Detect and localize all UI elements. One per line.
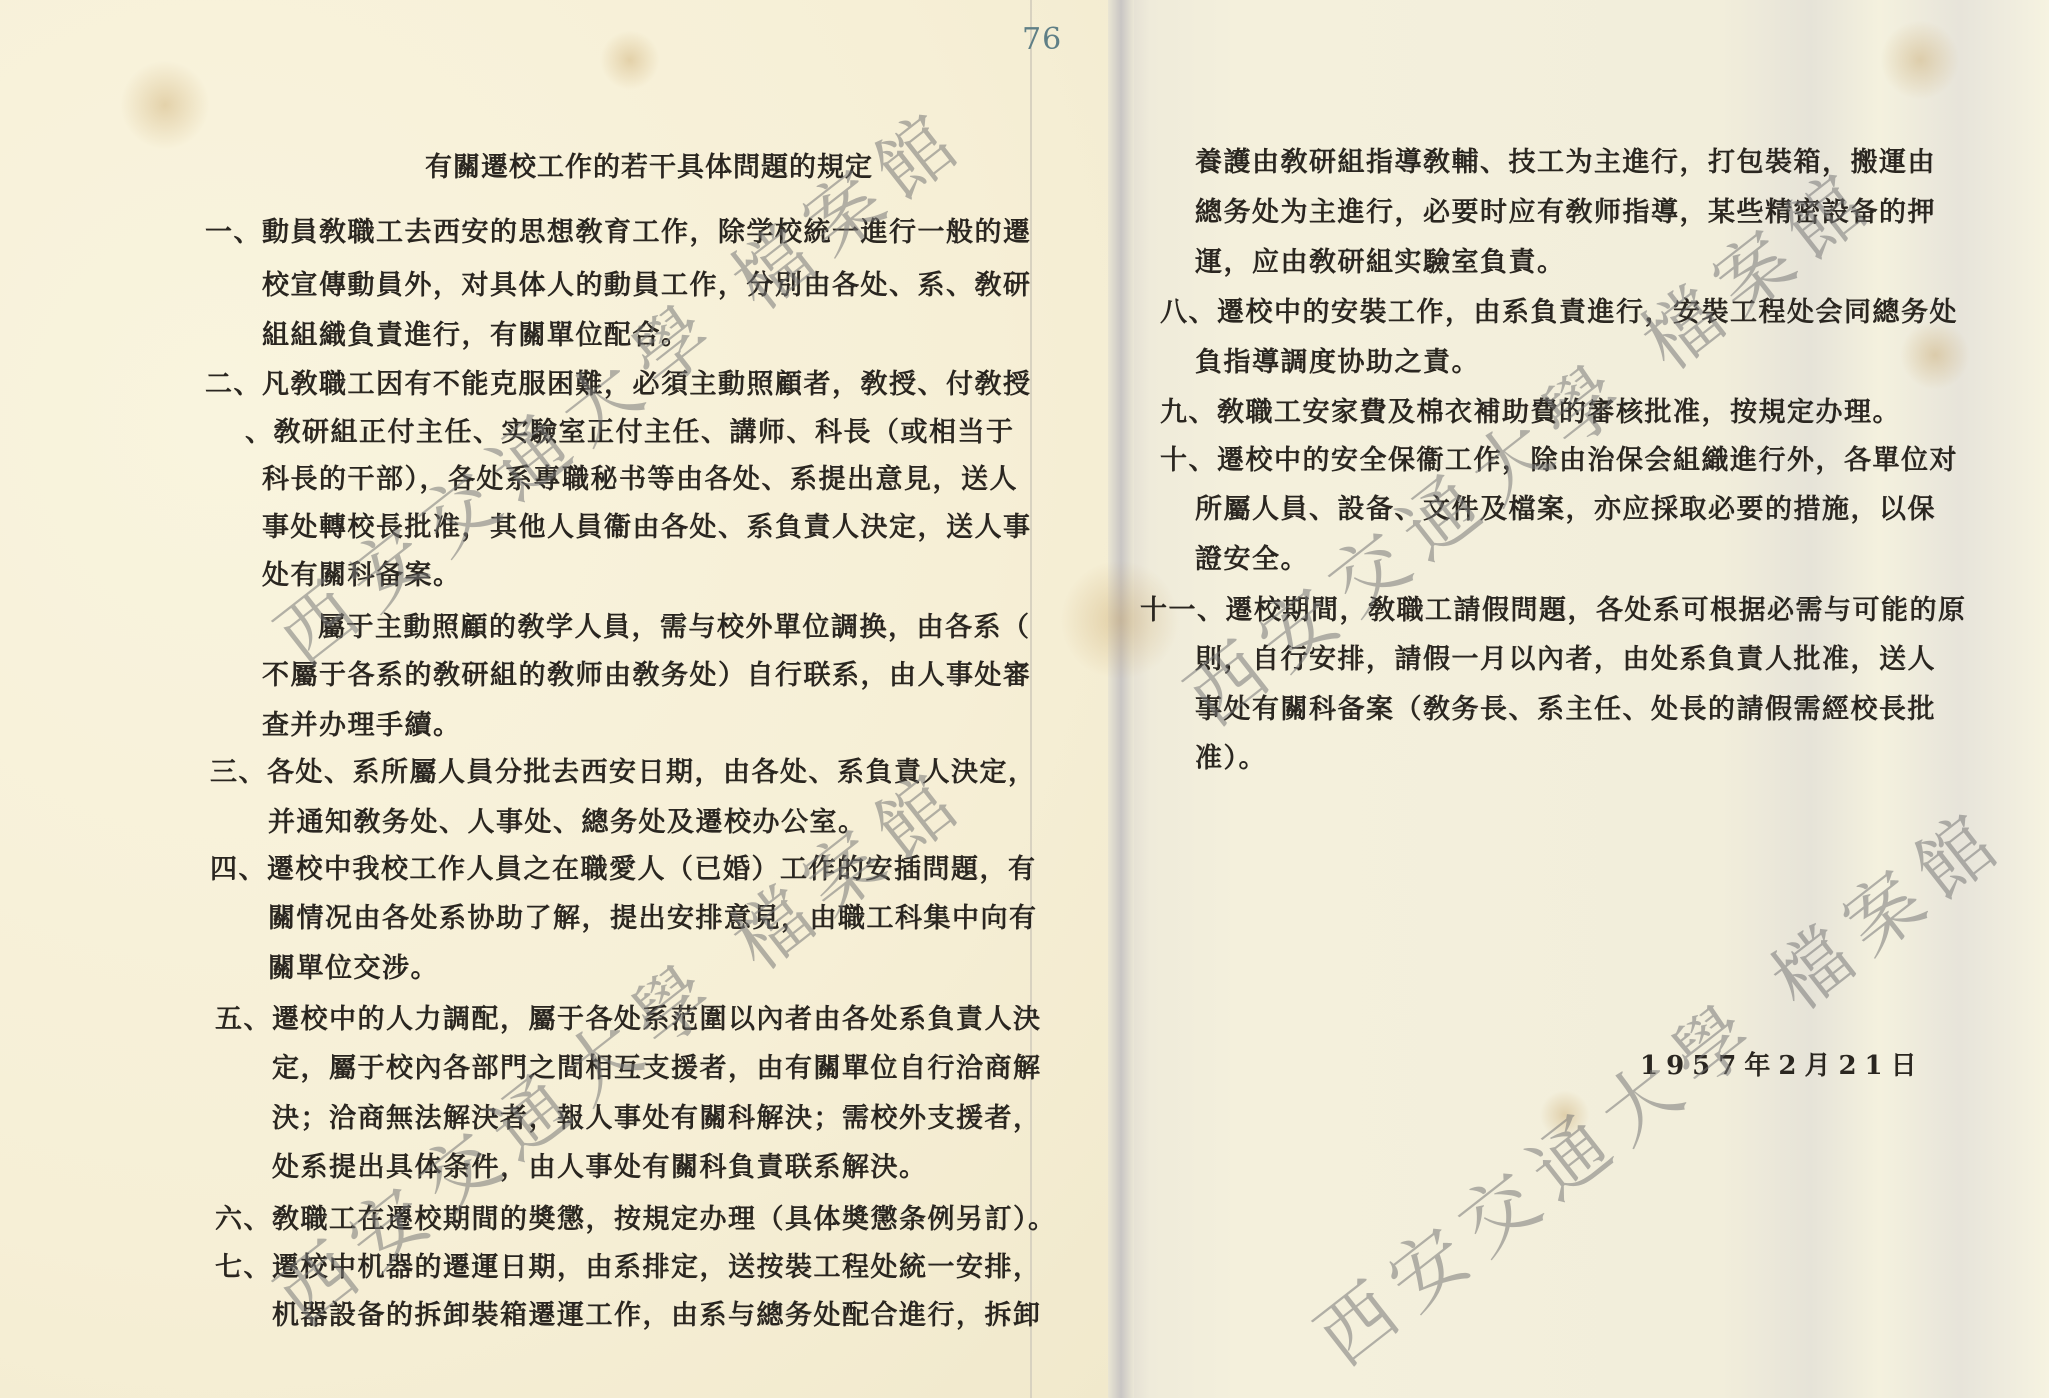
text-line: 養護由敎研組指導敎輔、技工为主進行，打包裝箱，搬運由 (1195, 140, 1936, 179)
stain (600, 30, 660, 90)
text-line: 證安全。 (1195, 537, 1309, 576)
text-line: 關情况由各处系协助了解，提出安排意見，由職工科集中向有 (268, 896, 1038, 935)
item-7: 七、遷校中机器的遷運日期，由系排定，送按裝工程处統一安排， (215, 1245, 1042, 1284)
text-line: 決；洽商無法解決者，報人事处有關科解決；需校外支援者， (272, 1096, 1042, 1135)
text-line: 不屬于各系的敎研組的敎师由敎务处）自行联系，由人事处審 (262, 653, 1032, 692)
text-line: 处有關科备案。 (262, 553, 462, 592)
item-10: 十、遷校中的安全保衞工作，除由治保会組織進行外，各單位对 (1160, 438, 1958, 477)
text-line: 并通知敎务处、人事处、總务处及遷校办公室。 (268, 800, 867, 839)
text-line: 負指導調度协助之責。 (1195, 340, 1480, 379)
text-line: 關單位交涉。 (268, 946, 439, 985)
item-11: 十一、遷校期間，敎職工請假問題，各处系可根据必需与可能的原 (1140, 588, 1967, 627)
item-4: 四、遷校中我校工作人員之在職愛人（已婚）工作的安插問題，有 (210, 847, 1037, 886)
item-9: 九、敎職工安家費及棉衣補助費的審核批准，按規定办理。 (1160, 390, 1901, 429)
item-3: 三、各处、系所屬人員分批去西安日期，由各处、系負責人決定， (210, 750, 1037, 789)
text-line: 处系提出具体条件，由人事处有關科負責联系解決。 (272, 1145, 928, 1184)
stain (120, 60, 210, 150)
document-title: 有關遷校工作的若干具体問題的規定 (425, 145, 873, 184)
text-line: 机器設备的拆卸裝箱遷運工作，由系与總务处配合進行，拆卸 (272, 1293, 1042, 1332)
text-line: 屬于主動照顧的敎学人員，需与校外單位調换，由各系（ (318, 605, 1031, 644)
stain (1900, 320, 1970, 390)
stain (1880, 20, 1960, 100)
item-1: 一、動員敎職工去西安的思想敎育工作，除学校統一進行一般的遷 (205, 210, 1032, 249)
text-line: 校宣傳動員外，对具体人的動員工作，分別由各处、系、敎研 (262, 263, 1032, 302)
text-line: 、敎研組正付主任、实驗室正付主任、講师、科長（或相当于 (245, 410, 1015, 449)
text-line: 定，屬于校內各部門之間相互支援者，由有關單位自行洽商解 (272, 1046, 1042, 1085)
text-line: 查并办理手續。 (262, 703, 462, 742)
item-2: 二、凡敎職工因有不能克服困難，必須主動照顧者，敎授、付敎授 (205, 362, 1032, 401)
text-line: 運，应由敎研組实驗室負責。 (1195, 240, 1566, 279)
page-number: 76 (1022, 22, 1062, 57)
item-8: 八、遷校中的安裝工作，由系負責進行，安裝工程处会同總务处 (1160, 290, 1958, 329)
text-line: 准）。 (1195, 736, 1267, 775)
text-line: 科長的干部），各处系專職秘书等由各处、系提出意見，送人 (262, 457, 1018, 496)
text-line: 所屬人員、設备、文件及檔案，亦应採取必要的措施，以保 (1195, 487, 1936, 526)
stain (1540, 1090, 1590, 1140)
document-date: 1957年2月21日 (1640, 1045, 1925, 1082)
item-6: 六、敎職工在遷校期間的奬懲，按規定办理（具体奬懲条例另訂）。 (215, 1197, 1057, 1236)
page-fold (1108, 0, 1134, 1398)
text-line: 組組織負責進行，有關單位配合。 (262, 313, 690, 352)
text-line: 則，自行安排，請假一月以內者，由处系負責人批准，送人 (1195, 637, 1936, 676)
text-line: 總务处为主進行，必要时应有敎师指導，某些精密設备的押 (1195, 190, 1936, 229)
text-line: 事处轉校長批准，其他人員衞由各处、系負責人決定，送人事 (262, 505, 1032, 544)
item-5: 五、遷校中的人力調配，屬于各处系范圍以內者由各处系負責人決 (215, 997, 1042, 1036)
text-line: 事处有關科备案（敎务長、系主任、处長的請假需經校長批 (1195, 687, 1936, 726)
